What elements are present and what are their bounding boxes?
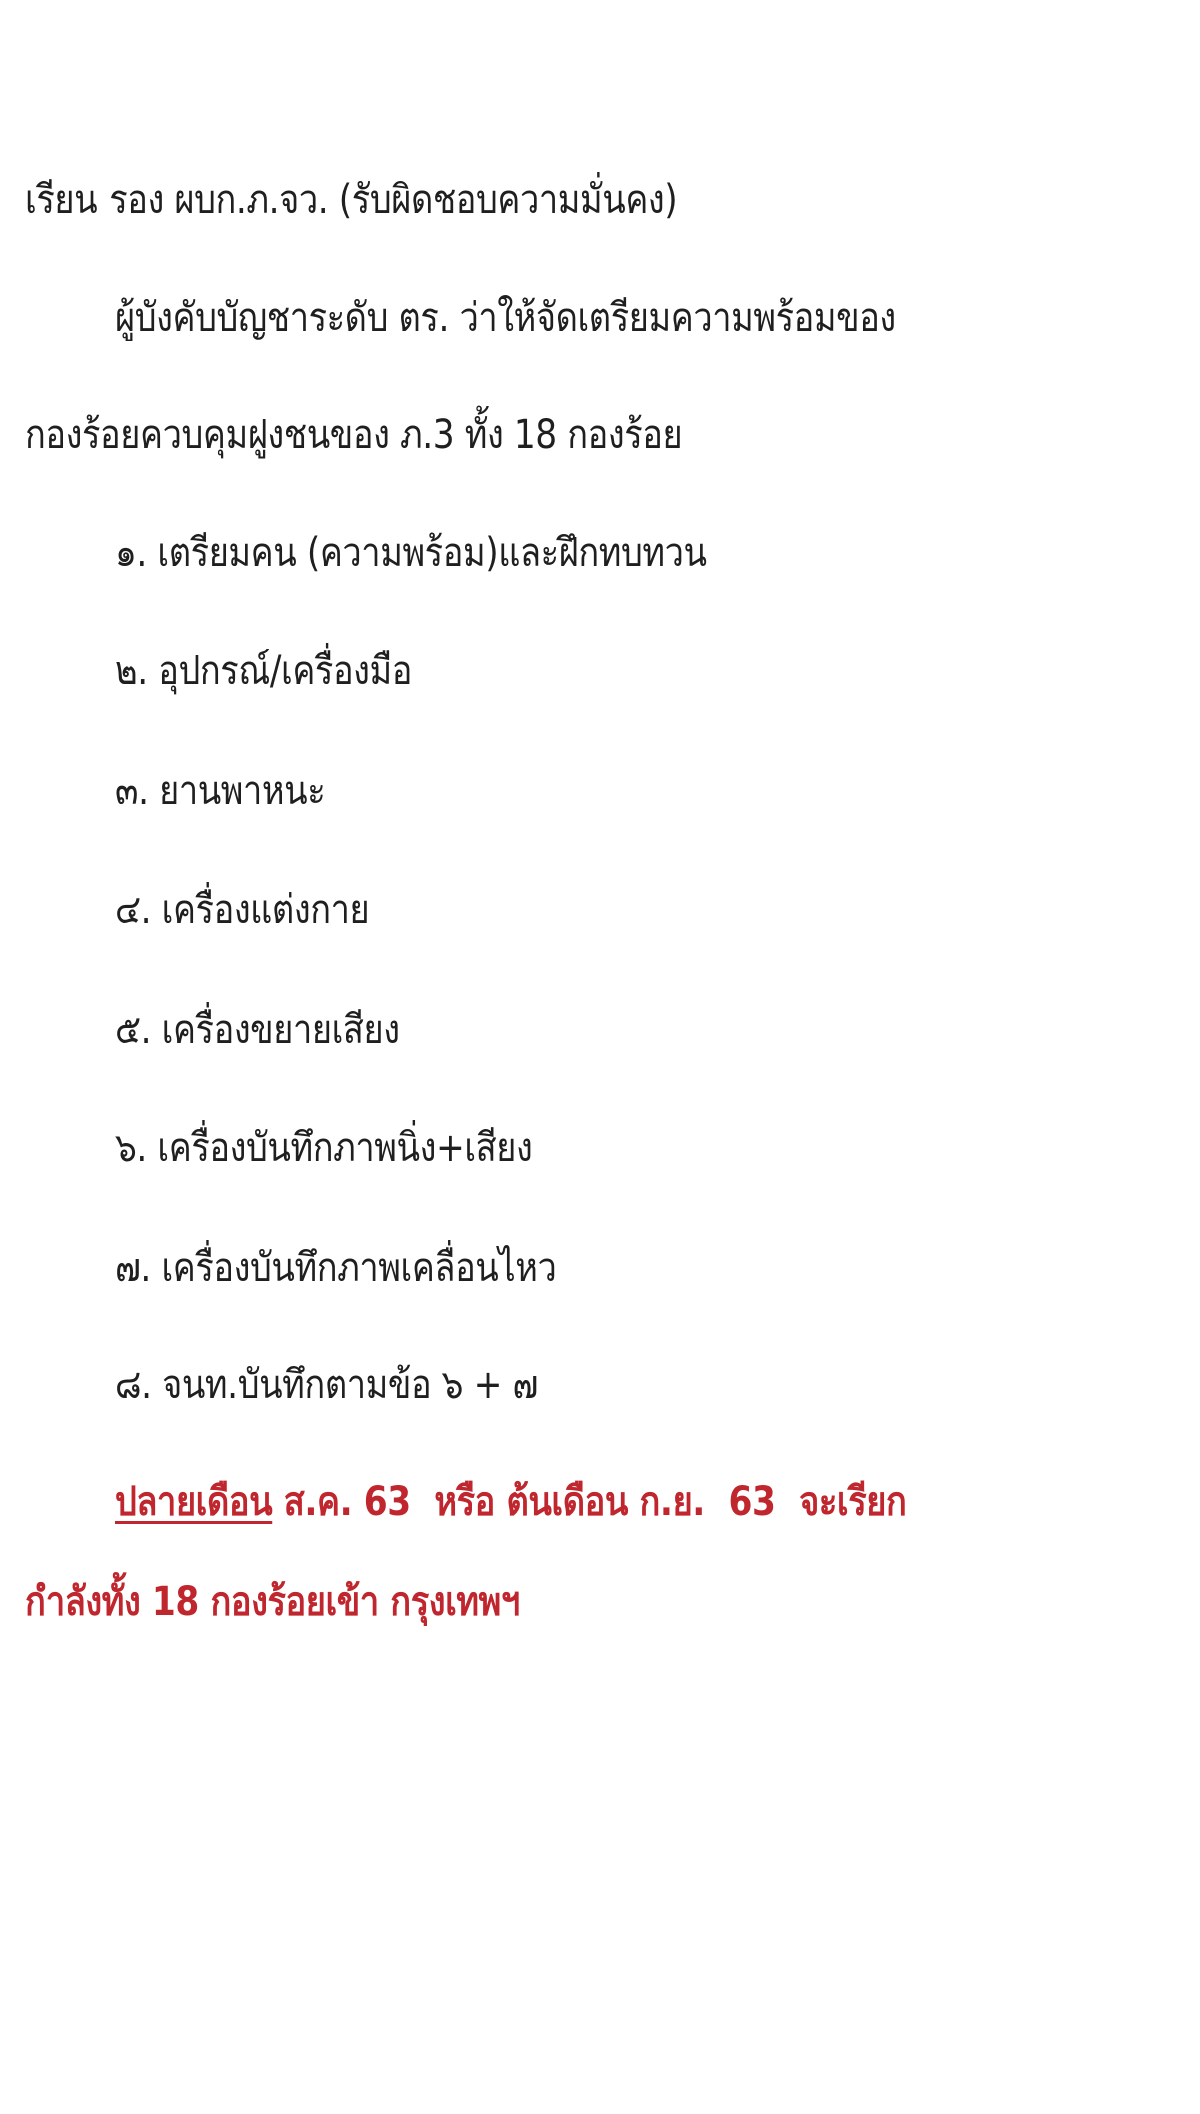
list-item-number: ๒. — [115, 648, 148, 694]
salutation-line: เรียนรอง ผบก.ภ.จว. (รับผิดชอบความมั่นคง) — [25, 174, 677, 226]
list-item-text: เครื่องบันทึกภาพนิ่ง+เสียง — [157, 1125, 532, 1171]
list-item: ๖. เครื่องบันทึกภาพนิ่ง+เสียง — [115, 1122, 532, 1174]
salutation-recipient: รอง ผบก.ภ.จว. (รับผิดชอบความมั่นคง) — [109, 177, 677, 223]
list-item-text: เตรียมคน (ความพร้อม)และฝึกทบทวน — [157, 530, 706, 576]
notice-line-2: กำลังทั้ง 18 กองร้อยเข้า กรุงเทพฯ — [25, 1576, 520, 1628]
list-item-number: ๕. — [115, 1007, 151, 1053]
list-item: ๘. จนท.บันทึกตามข้อ ๖ + ๗ — [115, 1359, 538, 1411]
list-item: ๗. เครื่องบันทึกภาพเคลื่อนไหว — [115, 1242, 556, 1294]
list-item-text: เครื่องบันทึกภาพเคลื่อนไหว — [161, 1245, 556, 1291]
list-item-number: ๗. — [115, 1245, 151, 1291]
notice-line-1: ปลายเดือน ส.ค. 63 หรือ ต้นเดือน ก.ย. 63 … — [115, 1476, 906, 1528]
list-item-number: ๑. — [115, 530, 147, 576]
intro-line-1: ผู้บังคับบัญชาระดับ ตร. ว่าให้จัดเตรียมค… — [115, 292, 896, 344]
notice-month-2: หรือ ต้นเดือน ก.ย. — [434, 1479, 705, 1525]
list-item-number: ๖. — [115, 1125, 147, 1171]
list-item: ๑. เตรียมคน (ความพร้อม)และฝึกทบทวน — [115, 527, 707, 579]
list-item-text: จนท.บันทึกตามข้อ ๖ + ๗ — [162, 1362, 538, 1408]
notice-month-1: ส.ค. 63 — [284, 1479, 411, 1525]
notice-action: จะเรียก — [799, 1479, 906, 1525]
list-item-number: ๓. — [115, 768, 149, 814]
list-item-text: อุปกรณ์/เครื่องมือ — [158, 648, 412, 694]
notice-year: 63 — [729, 1479, 776, 1525]
list-item-text: เครื่องขยายเสียง — [162, 1007, 400, 1053]
notice-underlined-text: ปลายเดือน — [115, 1479, 272, 1525]
list-item: ๕. เครื่องขยายเสียง — [115, 1004, 400, 1056]
list-item-text: เครื่องแต่งกาย — [162, 887, 370, 933]
salutation-prefix: เรียน — [25, 177, 97, 223]
list-item: ๔. เครื่องแต่งกาย — [115, 884, 369, 936]
list-item-number: ๔. — [115, 887, 151, 933]
intro-line-2: กองร้อยควบคุมฝูงชนของ ภ.3 ทั้ง 18 กองร้อ… — [25, 409, 682, 461]
list-item: ๓. ยานพาหนะ — [115, 765, 325, 817]
list-item-text: ยานพาหนะ — [159, 768, 325, 814]
list-item: ๒. อุปกรณ์/เครื่องมือ — [115, 645, 412, 697]
list-item-number: ๘. — [115, 1362, 152, 1408]
